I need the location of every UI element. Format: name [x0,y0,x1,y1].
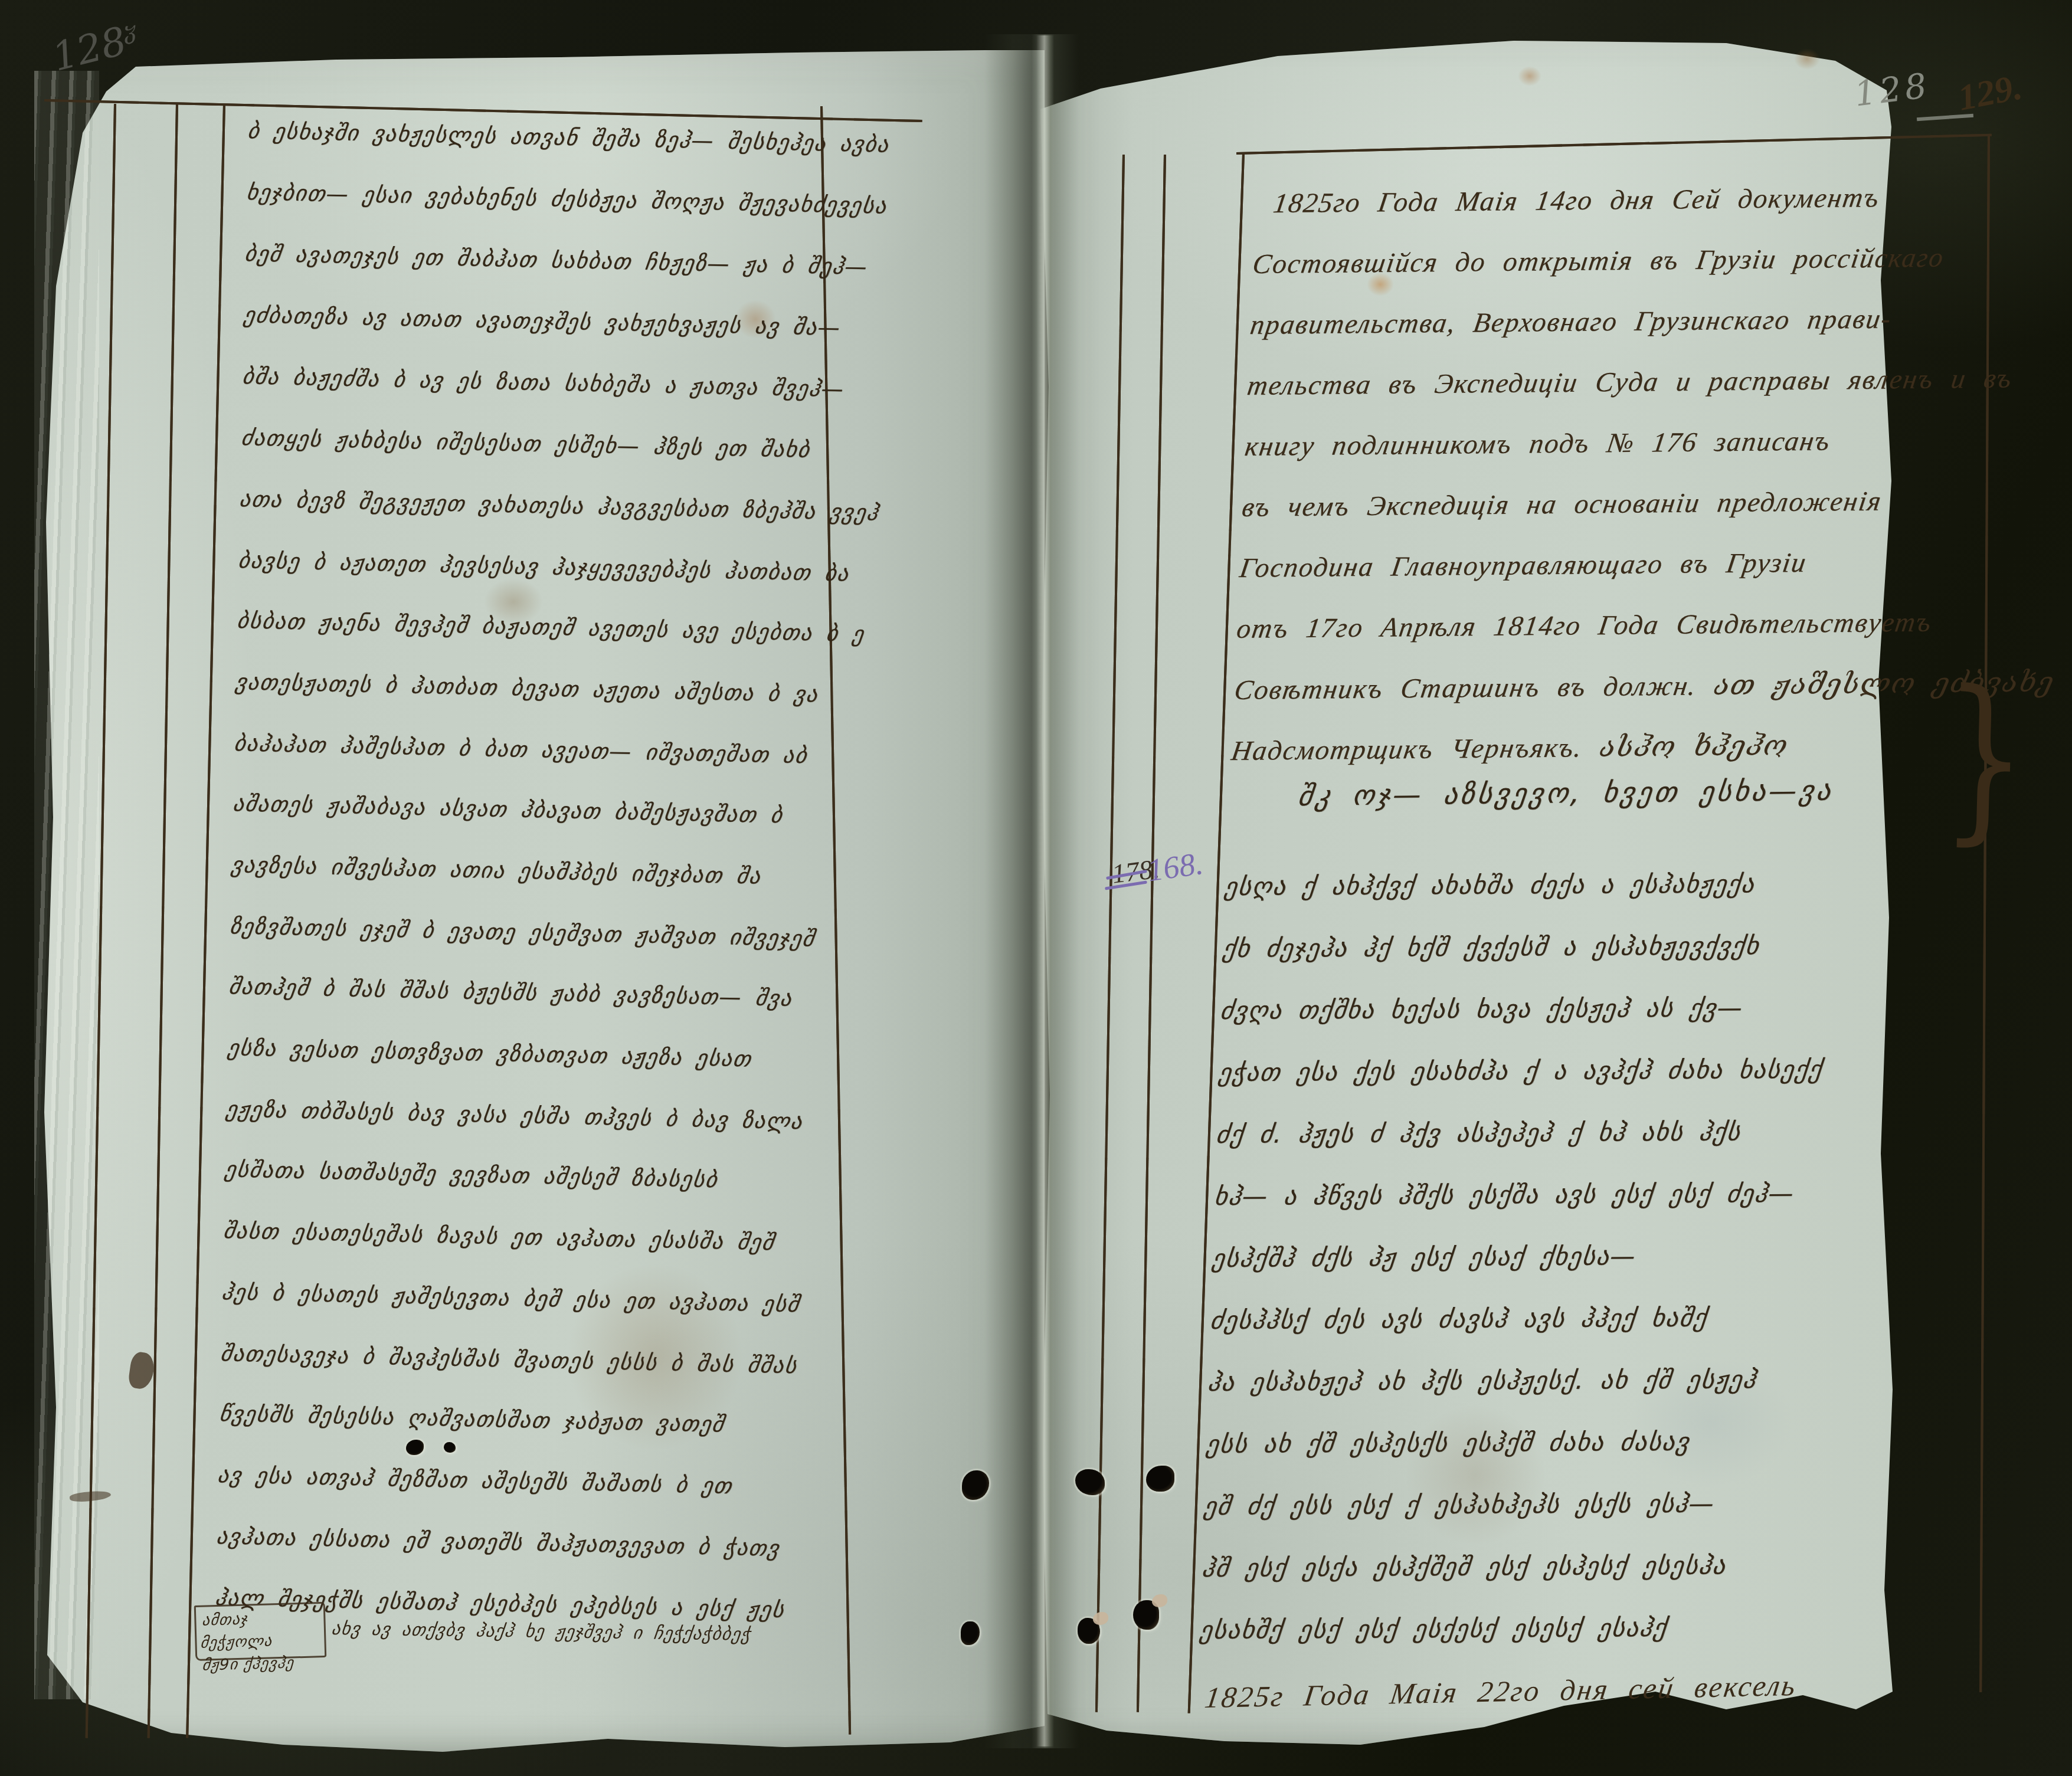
stamp-box-line: მჟ9ი ქჰევჰე [201,1651,321,1677]
archive-scan-background: 128ჳ 128 129. 178. 168. ბ ესხაჯში ვახჟეს… [0,0,2072,1776]
entry-line: ესჰქშჰ ძქს ჰჟ ესქ ესაქ ქხესა— [1210,1241,1638,1273]
entry-line: ქხ ძეჯეჰა ჰქ ხქშ ქვქესშ ა ესჰახჟევქვქხ [1221,931,1762,963]
page-number-pencil-left: 128ჳ [48,15,143,80]
left-page-deckle-edge [34,71,99,1699]
entry-line: ძქ ძ. ჰჟეს ძ ჰქვ ასჰეჰეჰ ქ ხჰ ახს ჰქს [1215,1117,1743,1149]
certification-line: книгу подлинникомъ подъ № 176 записанъ [1243,425,1833,463]
certification-line: тельства въ Экспедиціи Суда и расправы я… [1245,363,2015,402]
certification-line: Господина Главноуправляющаго въ Грузіи [1238,547,1809,584]
entry-line: ძესჰჰსქ ძეს ავს ძავსჰ ავს ჰჰექ ხაშქ [1209,1303,1709,1335]
entry-line: ძვღა თქშხა ხექას ხავა ქესჟეჰ ას ქვ— [1219,993,1745,1025]
entry-line: ეშ ძქ ესს ესქ ქ ესჰახჰეჰს ესქს ესჰ— [1202,1489,1716,1521]
certification-line: правительства, Верховнаго Грузинскаго пр… [1248,303,1894,342]
left-page [30,50,1045,1758]
margin-entry-number-new: 168. [1145,845,1205,889]
entry-heading: შკ ოჯ— აზსვევო, ხვეთ ესხა—ვა [1296,774,1835,812]
entry-line: ხჰ— ა ჰწვეს ჰშქს ესქშა ავს ესქ ესქ ძეჰ— [1213,1179,1796,1211]
certification-line: въ чемъ Экспедиція на основаніи предложе… [1240,486,1884,523]
stamp-box-line: ამთაჯ მეჭჟოლა [199,1606,321,1654]
certification-line: 1825го Года Маія 14го дня Сей документъ [1271,182,1882,219]
certification-line: Состоявшійся до открытія въ Грузіи россі… [1251,242,1946,280]
registrar-stamp-box: ამთაჯ მეჭჟოლა მჟ9ი ქჰევჰე [194,1602,327,1661]
certification-line: отъ 17го Апрѣля 1814го Года Свидѣтельств… [1235,607,1934,645]
wormhole [1078,1618,1100,1644]
page-number-pencil-right: 128 [1852,65,1932,114]
entry-line: ეჭათ ესა ქეს ესახძჰა ქ ა ავჰქჰ ძახა ხასე… [1217,1055,1824,1087]
certification-line: Надсмотрщикъ Чернъякъ. ასჰო ხჰეჰო [1229,729,1791,767]
entry-line: ჰშ ესქ ესქა ესჰქშეშ ესქ ესჰესქ ესესჰა [1200,1551,1728,1582]
entry-line: ესახშქ ესქ ესქ ესქესქ ესესქ ესაჰქ [1198,1613,1669,1644]
wormhole [1146,1466,1174,1492]
entry-line: ჰა ესჰახჟეჰ ახ ჰქს ესჰჟესქ. ახ ქშ ესჟეჰ [1206,1365,1759,1397]
entry-line: ესღა ქ ახჰქვქ ახახშა ძექა ა ესჰახჟექა [1223,869,1757,901]
page-number-ink-right: 129. [1955,66,2025,119]
wormhole [1133,1600,1159,1630]
page-number-left-value: 128 [48,18,131,80]
wormhole [444,1442,456,1453]
margin-brace-flourish: } [1940,652,2030,864]
entry-line: ესს ახ ქშ ესჰესქს ესჰქშ ძახა ძასავ [1204,1427,1691,1459]
